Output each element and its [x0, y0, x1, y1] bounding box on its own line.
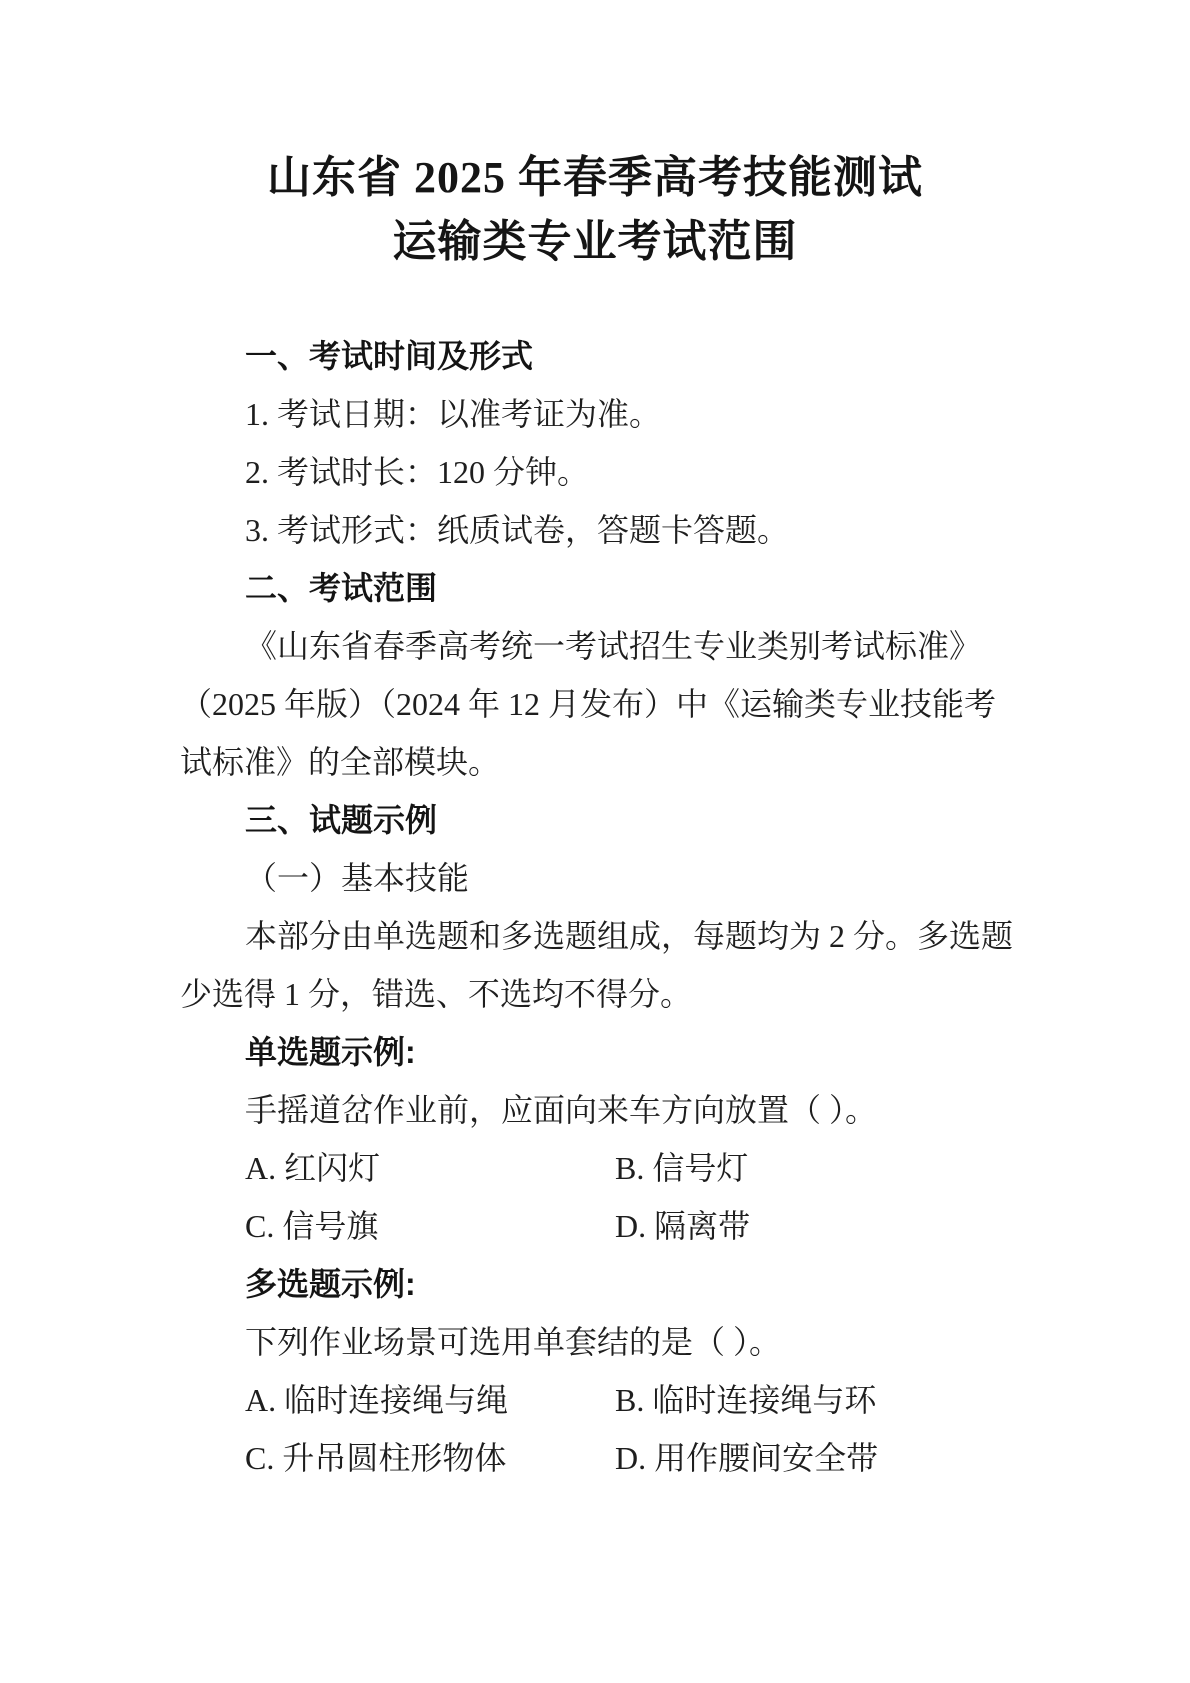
section2-paragraph-line-3: 试标准》的全部模块。 [180, 733, 1010, 791]
document-page: 山东省 2025 年春季高考技能测试 运输类专业考试范围 一、考试时间及形式 1… [0, 0, 1190, 1683]
multi-choice-options-row-ab: A. 临时连接绳与绳 B. 临时连接绳与环 [180, 1371, 1010, 1429]
single-choice-label: 单选题示例: [180, 1023, 1010, 1081]
multi-choice-option-a: A. 临时连接绳与绳 [245, 1371, 615, 1429]
single-choice-option-a: A. 红闪灯 [245, 1139, 615, 1197]
section1-item-exam-date: 1. 考试日期：以准考证为准。 [180, 385, 1010, 443]
multi-choice-question: 下列作业场景可选用单套结的是（ ）。 [180, 1313, 1010, 1371]
document-body: 一、考试时间及形式 1. 考试日期：以准考证为准。 2. 考试时长：120 分钟… [180, 327, 1010, 1487]
section2-paragraph-line-1: 《山东省春季高考统一考试招生专业类别考试标准》 [180, 617, 1010, 675]
single-choice-options-row-cd: C. 信号旗 D. 隔离带 [180, 1197, 1010, 1255]
single-choice-options-row-ab: A. 红闪灯 B. 信号灯 [180, 1139, 1010, 1197]
section1-heading: 一、考试时间及形式 [180, 327, 1010, 385]
section1-item-exam-duration: 2. 考试时长：120 分钟。 [180, 443, 1010, 501]
single-choice-option-b: B. 信号灯 [615, 1139, 748, 1197]
single-choice-option-c: C. 信号旗 [245, 1197, 615, 1255]
multi-choice-option-b: B. 临时连接绳与环 [615, 1371, 876, 1429]
section3-intro-line-1: 本部分由单选题和多选题组成，每题均为 2 分。多选题 [180, 907, 1010, 965]
multi-choice-options-row-cd: C. 升吊圆柱形物体 D. 用作腰间安全带 [180, 1429, 1010, 1487]
multi-choice-option-c: C. 升吊圆柱形物体 [245, 1429, 615, 1487]
single-choice-question: 手摇道岔作业前，应面向来车方向放置（ ）。 [180, 1081, 1010, 1139]
section3-subheading-basic-skills: （一）基本技能 [180, 849, 1010, 907]
document-title: 山东省 2025 年春季高考技能测试 运输类专业考试范围 [0, 0, 1190, 274]
title-line-1: 山东省 2025 年春季高考技能测试 [0, 146, 1190, 210]
section1-item-exam-format: 3. 考试形式：纸质试卷，答题卡答题。 [180, 501, 1010, 559]
single-choice-option-d: D. 隔离带 [615, 1197, 750, 1255]
multi-choice-option-d: D. 用作腰间安全带 [615, 1429, 878, 1487]
section3-heading: 三、试题示例 [180, 791, 1010, 849]
multi-choice-label: 多选题示例: [180, 1255, 1010, 1313]
section2-paragraph-line-2: （2025 年版）（2024 年 12 月发布）中《运输类专业技能考 [180, 675, 1010, 733]
section2-heading: 二、考试范围 [180, 559, 1010, 617]
section3-intro-line-2: 少选得 1 分，错选、不选均不得分。 [180, 965, 1010, 1023]
title-line-2: 运输类专业考试范围 [0, 210, 1190, 274]
